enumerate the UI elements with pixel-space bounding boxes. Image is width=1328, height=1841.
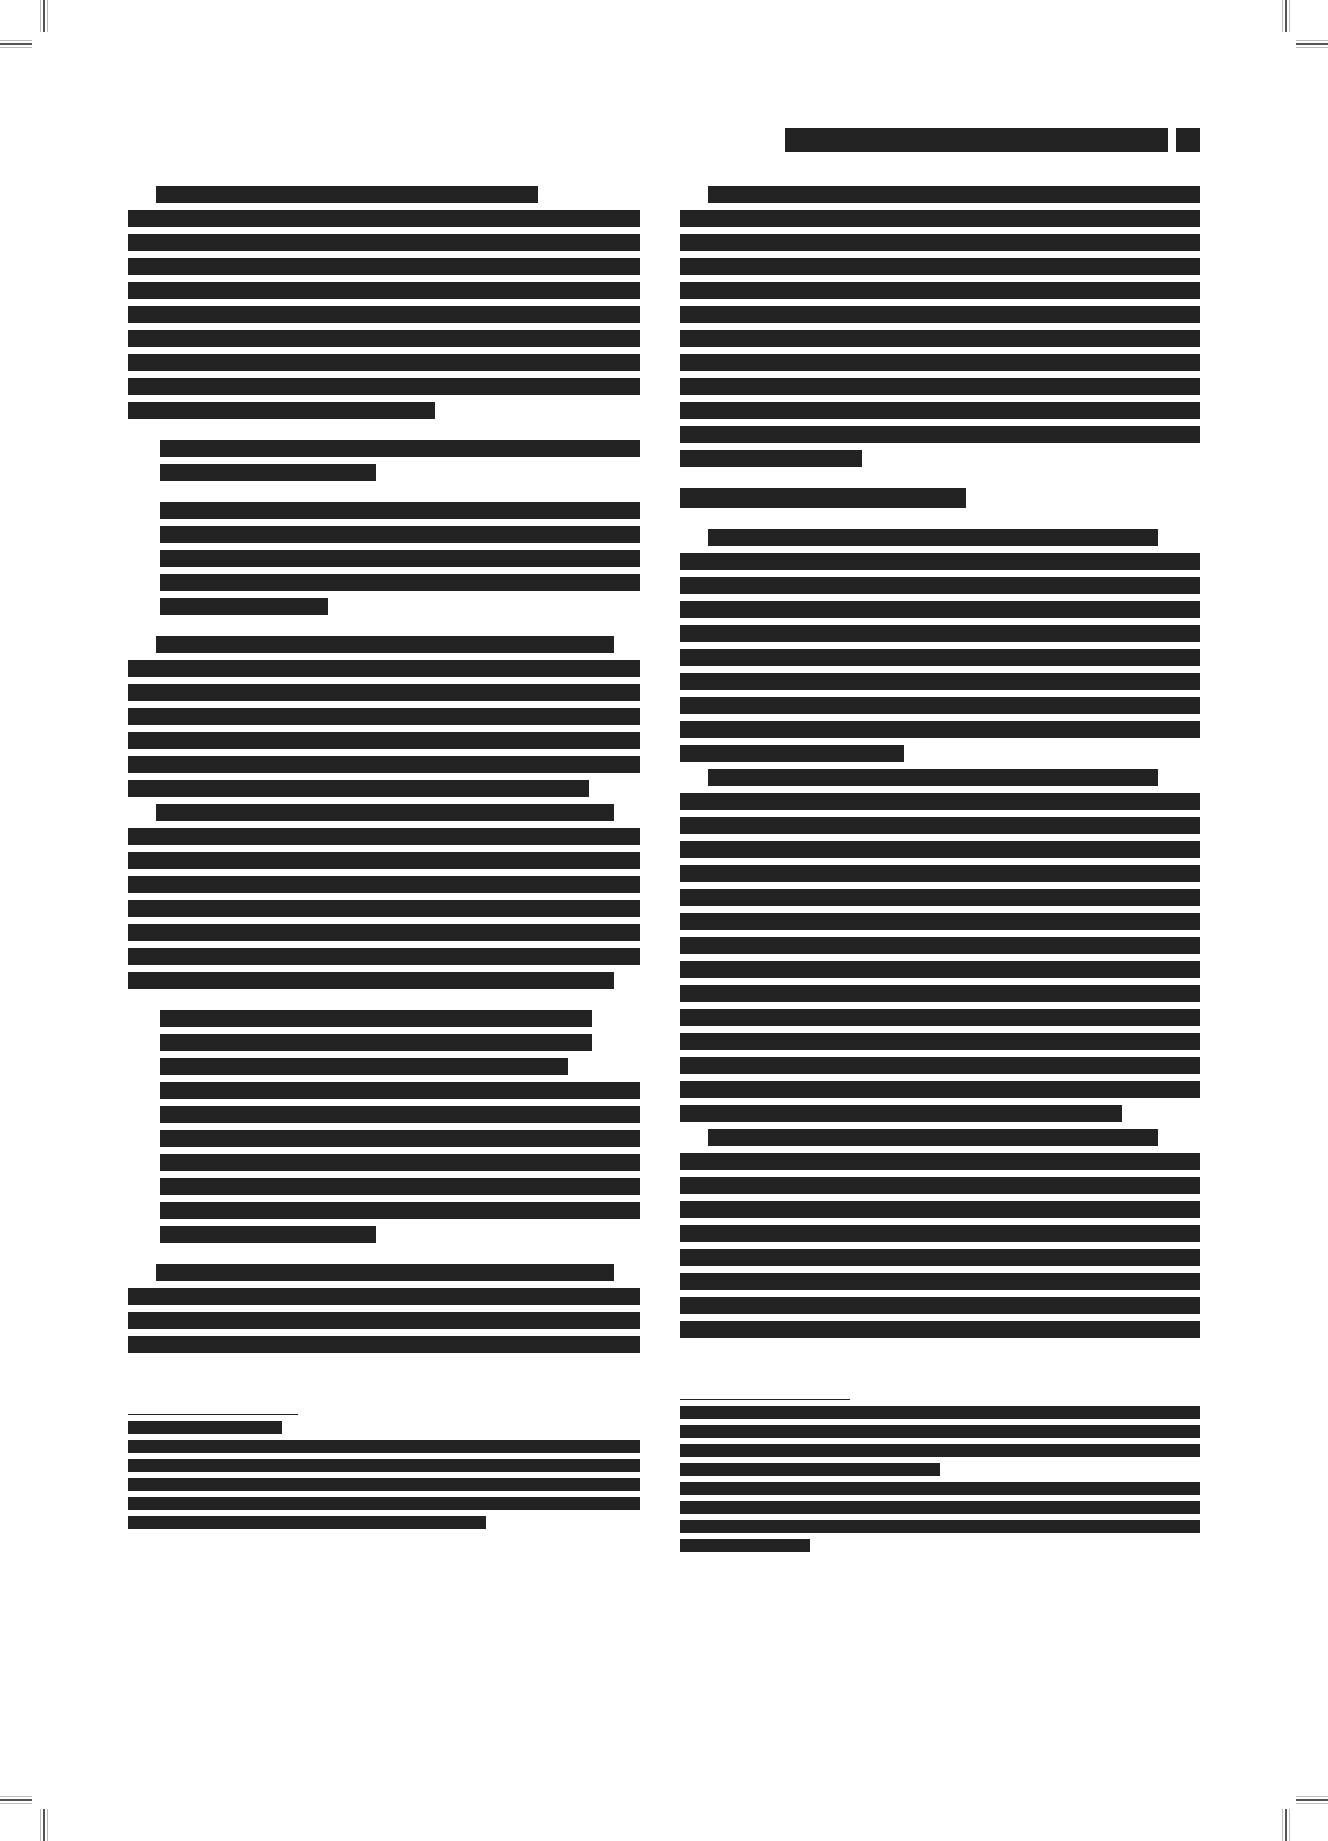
obscured-text-line xyxy=(156,804,614,821)
obscured-text-line xyxy=(128,1440,640,1453)
obscured-text-line xyxy=(680,1406,1200,1419)
obscured-text-line xyxy=(680,354,1200,371)
obscured-text-line xyxy=(680,1539,810,1552)
obscured-text-line xyxy=(680,865,1200,882)
obscured-text-line xyxy=(680,1225,1200,1242)
paragraph xyxy=(680,529,1200,762)
obscured-text-line xyxy=(708,769,1158,786)
obscured-text-line xyxy=(680,577,1200,594)
obscured-text-line xyxy=(680,402,1200,419)
obscured-text-line xyxy=(680,673,1200,690)
obscured-text-line xyxy=(128,924,640,941)
obscured-text-line xyxy=(680,1321,1200,1338)
block-quote xyxy=(160,440,640,481)
obscured-text-line xyxy=(680,1482,1200,1495)
left-column xyxy=(128,186,640,1535)
obscured-text-line xyxy=(680,1501,1200,1514)
obscured-text-line xyxy=(680,1425,1200,1438)
obscured-text-line xyxy=(160,1034,592,1051)
obscured-text-line xyxy=(128,1336,640,1353)
obscured-text-line xyxy=(160,574,640,591)
footnote-rule xyxy=(128,1414,298,1415)
crop-mark-bottom-right-v xyxy=(1282,1809,1290,1841)
obscured-text-line xyxy=(128,258,640,275)
obscured-text-line xyxy=(680,1033,1200,1050)
crop-mark-top-right-h xyxy=(1296,40,1328,48)
obscured-text-line xyxy=(128,1516,486,1529)
obscured-text-line xyxy=(160,1010,592,1027)
obscured-text-line xyxy=(680,889,1200,906)
obscured-text-line xyxy=(680,1009,1200,1026)
obscured-text-line xyxy=(680,1153,1200,1170)
obscured-text-line xyxy=(680,649,1200,666)
obscured-text-line xyxy=(680,426,1200,443)
obscured-text-line xyxy=(128,1312,640,1329)
obscured-text-line xyxy=(156,636,614,653)
obscured-text-line xyxy=(128,1497,640,1510)
obscured-text-line xyxy=(128,1478,640,1491)
obscured-text-line xyxy=(708,186,1200,203)
paragraph xyxy=(128,1264,640,1353)
obscured-text-line xyxy=(128,402,435,419)
obscured-text-line xyxy=(160,1178,640,1195)
obscured-text-line xyxy=(680,1249,1200,1266)
obscured-text-line xyxy=(160,550,640,567)
obscured-text-line xyxy=(680,1444,1200,1457)
obscured-text-line xyxy=(680,330,1200,347)
crop-mark-top-right-v xyxy=(1282,0,1290,32)
obscured-text-line xyxy=(680,1201,1200,1218)
obscured-text-line xyxy=(128,1421,282,1434)
obscured-text-line xyxy=(160,464,376,481)
crop-mark-top-left-h xyxy=(0,40,32,48)
obscured-text-line xyxy=(680,234,1200,251)
obscured-text-line xyxy=(160,1226,376,1243)
heading xyxy=(680,488,1200,508)
obscured-text-line xyxy=(128,660,640,677)
obscured-text-line xyxy=(160,502,640,519)
obscured-text-line xyxy=(160,1058,568,1075)
obscured-text-line xyxy=(128,828,640,845)
obscured-text-line xyxy=(128,732,640,749)
crop-mark-top-left-v xyxy=(40,0,48,32)
obscured-text-line xyxy=(680,1297,1200,1314)
paragraph xyxy=(128,804,640,989)
obscured-text-line xyxy=(680,1081,1200,1098)
obscured-text-line xyxy=(708,1129,1158,1146)
obscured-text-line xyxy=(128,330,640,347)
obscured-text-line xyxy=(680,625,1200,642)
footnotes xyxy=(680,1399,1200,1552)
obscured-text-line xyxy=(128,852,640,869)
obscured-text-line xyxy=(680,1177,1200,1194)
obscured-text-line xyxy=(128,282,640,299)
obscured-text-line xyxy=(160,440,640,457)
obscured-text-line xyxy=(128,1459,640,1472)
obscured-text-line xyxy=(128,780,589,797)
obscured-text-line xyxy=(680,601,1200,618)
obscured-text-line xyxy=(680,937,1200,954)
obscured-text-line xyxy=(680,306,1200,323)
obscured-text-line xyxy=(160,1106,640,1123)
page-number xyxy=(1176,128,1200,152)
obscured-text-line xyxy=(160,1082,640,1099)
obscured-text-line xyxy=(156,1264,614,1281)
obscured-text-line xyxy=(128,948,640,965)
obscured-text-line xyxy=(680,985,1200,1002)
obscured-text-line xyxy=(128,756,640,773)
crop-mark-bottom-left-v xyxy=(40,1809,48,1841)
obscured-text-line xyxy=(680,258,1200,275)
obscured-text-line xyxy=(680,721,1200,738)
obscured-text-line xyxy=(160,1202,640,1219)
obscured-text-line xyxy=(708,529,1158,546)
obscured-text-line xyxy=(160,1154,640,1171)
footnotes xyxy=(128,1414,640,1529)
obscured-text-line xyxy=(680,553,1200,570)
obscured-text-line xyxy=(680,745,904,762)
running-header xyxy=(785,128,1168,152)
crop-mark-bottom-right-h xyxy=(1296,1796,1328,1804)
obscured-text-line xyxy=(680,697,1200,714)
obscured-text-line xyxy=(160,526,640,543)
obscured-text-line xyxy=(160,1130,640,1147)
obscured-text-line xyxy=(128,876,640,893)
obscured-text-line xyxy=(680,1057,1200,1074)
obscured-text-line xyxy=(128,900,640,917)
obscured-text-line xyxy=(680,450,862,467)
obscured-text-line xyxy=(680,282,1200,299)
block-quote xyxy=(160,1010,640,1243)
obscured-text-line xyxy=(680,1463,940,1476)
obscured-text-line xyxy=(128,378,640,395)
obscured-text-line xyxy=(156,186,538,203)
obscured-text-line xyxy=(128,708,640,725)
block-quote xyxy=(160,502,640,615)
paragraph xyxy=(680,769,1200,1122)
obscured-text-line xyxy=(128,234,640,251)
obscured-text-line xyxy=(128,1288,640,1305)
obscured-text-line xyxy=(680,1520,1200,1533)
obscured-text-line xyxy=(128,210,640,227)
paragraph xyxy=(128,636,640,797)
obscured-text-line xyxy=(680,817,1200,834)
obscured-text-line xyxy=(128,684,640,701)
obscured-text-line xyxy=(128,354,640,371)
obscured-text-line xyxy=(680,793,1200,810)
obscured-text-line xyxy=(160,598,328,615)
paragraph xyxy=(680,186,1200,467)
obscured-text-line xyxy=(680,961,1200,978)
obscured-text-line xyxy=(680,841,1200,858)
paragraph xyxy=(680,1129,1200,1338)
obscured-text-line xyxy=(128,972,614,989)
obscured-text-line xyxy=(680,210,1200,227)
obscured-text-line xyxy=(680,1273,1200,1290)
obscured-text-line xyxy=(680,488,966,508)
paragraph xyxy=(128,186,640,419)
right-column xyxy=(680,186,1200,1558)
obscured-text-line xyxy=(680,913,1200,930)
crop-mark-bottom-left-h xyxy=(0,1796,32,1804)
footnote-rule xyxy=(680,1399,850,1400)
obscured-text-line xyxy=(128,306,640,323)
obscured-text-line xyxy=(680,378,1200,395)
obscured-text-line xyxy=(680,1105,1122,1122)
